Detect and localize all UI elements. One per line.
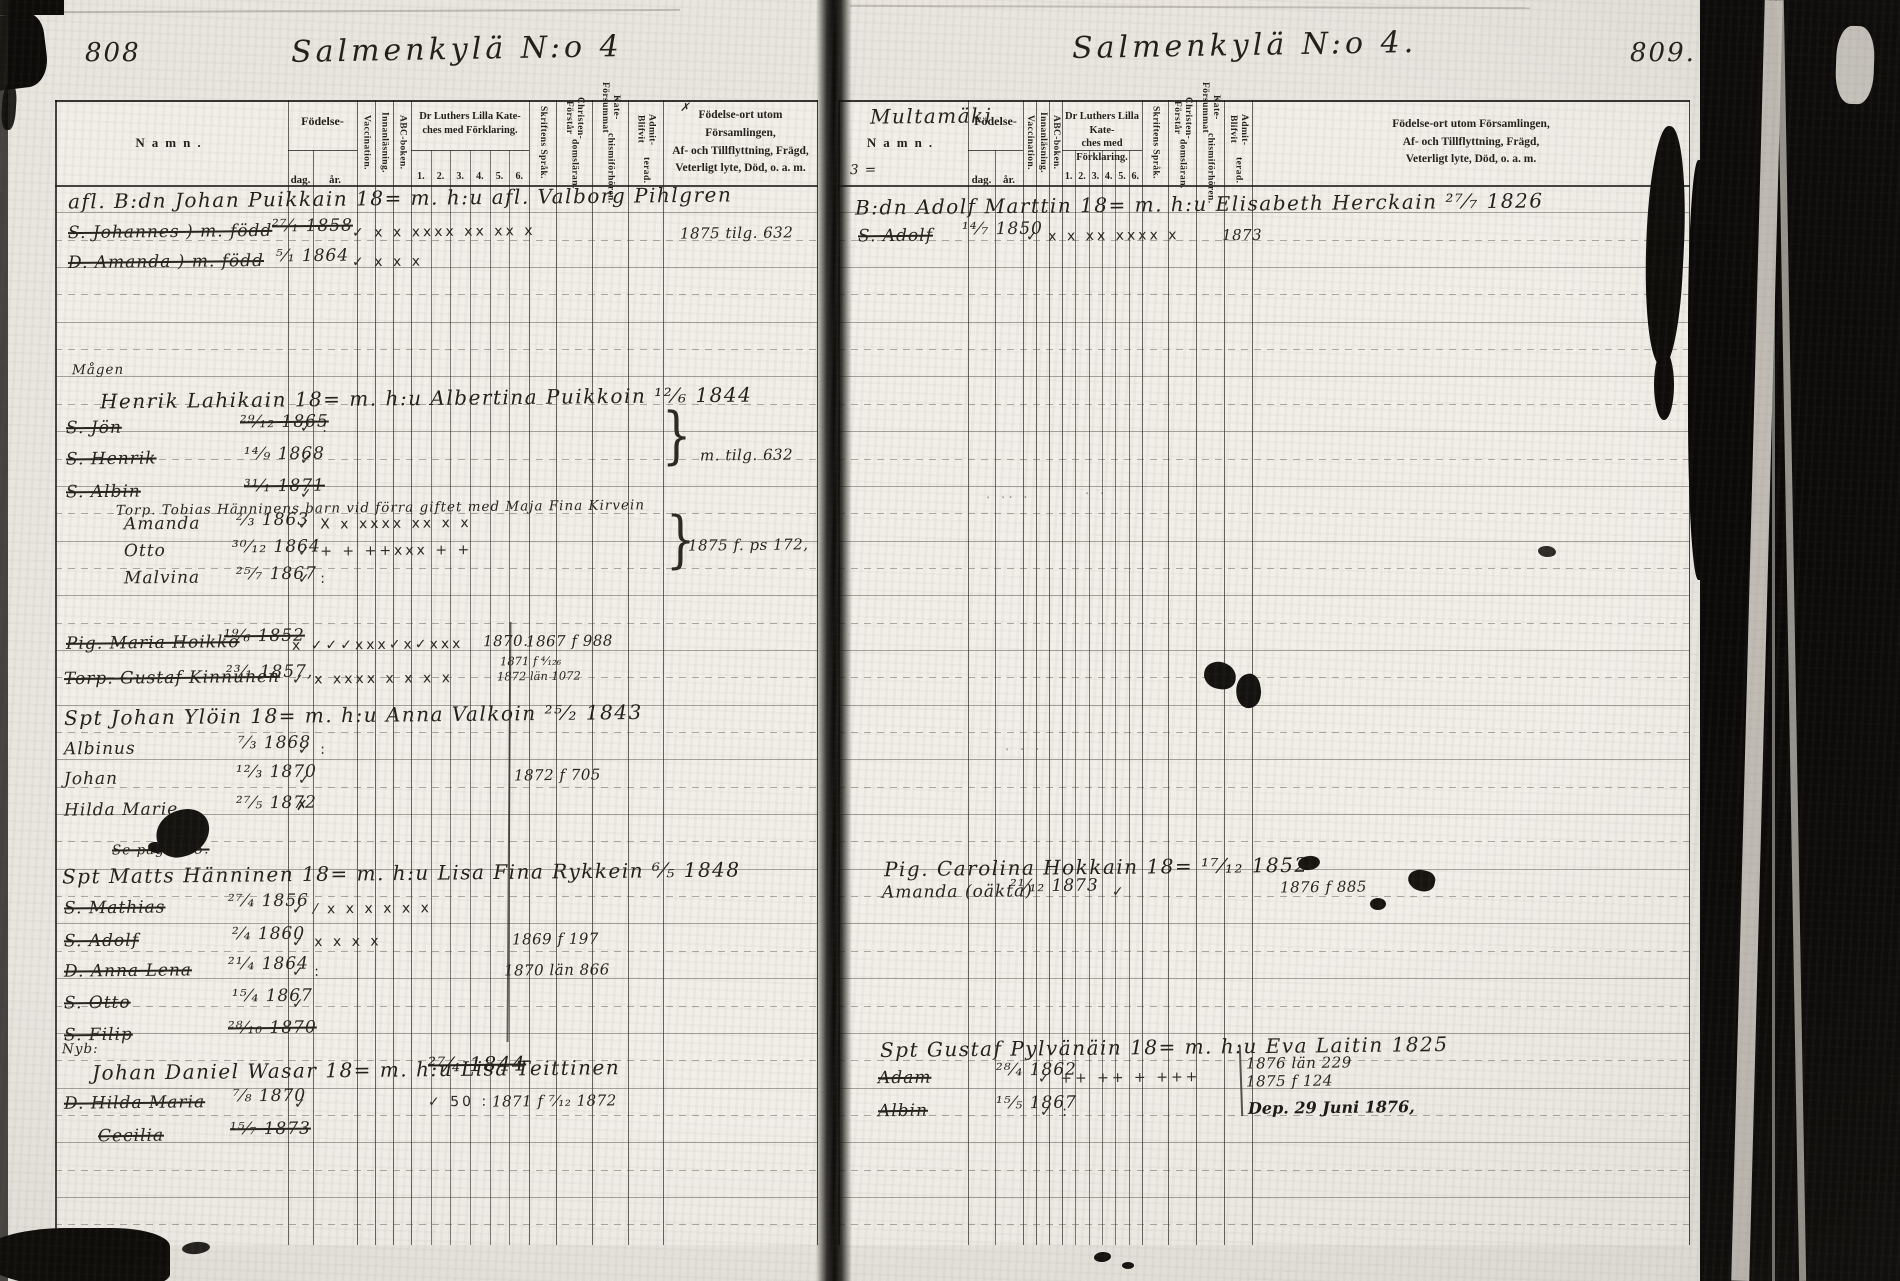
grid-line-horizontal	[838, 322, 1690, 323]
grid-line-horizontal	[838, 568, 1690, 569]
grid-line-vertical	[55, 100, 57, 1245]
handwritten-entry: }	[662, 399, 691, 472]
grid-line-vertical	[490, 150, 491, 1245]
handwritten-entry: D. Anna Lena	[64, 960, 192, 981]
handwritten-entry: Multamäki	[870, 103, 993, 128]
grid-line-horizontal	[838, 841, 1690, 842]
column-header-remarks: Födelse-ort utom Församlingen,Af- och Ti…	[1252, 102, 1690, 183]
pen-marks: ✓	[300, 486, 315, 502]
margin-note: 1875 tilg. 632	[680, 223, 794, 242]
grid-line-horizontal	[838, 376, 1690, 377]
pen-marks: · ·· ·	[986, 490, 1031, 506]
pen-marks: ✓ x xxxx x x x x	[292, 670, 453, 688]
pen-marks: ✓ :	[1040, 1104, 1070, 1120]
pen-marks: ✓ X x xxxx xx x x	[298, 515, 472, 533]
grid-line-horizontal	[55, 1224, 818, 1225]
grid-line-horizontal	[55, 732, 818, 733]
pen-marks: ✓ 50 :	[428, 1094, 489, 1111]
grid-line-horizontal	[838, 541, 1690, 542]
pen-marks: ✓ x x xx xxxx x	[1026, 227, 1180, 245]
grid-line-horizontal	[55, 1033, 818, 1034]
margin-note: 1873	[1222, 226, 1262, 244]
handwritten-entry: Amanda	[124, 514, 201, 535]
ink-blot	[1122, 1262, 1134, 1269]
grid-line-horizontal	[55, 322, 818, 323]
handwritten-entry: Otto	[124, 541, 166, 561]
grid-line-horizontal	[55, 1170, 818, 1171]
handwritten-entry: D. Amanda ) m. född	[68, 251, 264, 273]
book-gutter-shadow	[816, 0, 852, 1281]
corner-black-topleft	[0, 0, 64, 15]
column-header-remarks: Födelse-ort utom Församlingen,Af- och Ti…	[663, 102, 818, 183]
handwritten-entry: S. Adolf	[64, 931, 139, 952]
handwritten-entry: ²¹⁄₁₂ 1873	[1010, 876, 1099, 897]
column-header-katekes: Dr Luthers Lilla Kate- ches med Förklari…	[1062, 102, 1142, 191]
column-header-skriftens-sprak: Skriftens Språk.	[1142, 102, 1168, 183]
scanned-parish-register: 808 Salmenkylä N:o 4 Namn. Födelse- dag.…	[0, 0, 1900, 1281]
ink-blot	[1370, 898, 1386, 910]
handwritten-entry: Malvina	[124, 568, 200, 589]
scan-streak	[1835, 25, 1876, 104]
page-title-handwritten: Salmenkylä N:o 4.	[1072, 25, 1418, 66]
grid-line-horizontal	[55, 951, 818, 952]
grid-line-vertical	[995, 150, 996, 1245]
column-header-forsummat: Försummat Kate-chismiförhören.	[592, 102, 628, 183]
page-number: 808	[85, 38, 141, 68]
grid-line-horizontal	[55, 595, 818, 596]
grid-line-horizontal	[838, 787, 1690, 788]
pen-marks: ✓	[292, 996, 307, 1012]
margin-note: Dep. 29 Juni 1876,	[1248, 1097, 1415, 1118]
grid-line-horizontal	[838, 1170, 1690, 1171]
ink-blot	[1094, 1251, 1112, 1263]
grid-line-horizontal	[838, 404, 1690, 405]
pen-marks: ✓ :	[298, 571, 328, 587]
grid-line-horizontal	[838, 705, 1690, 706]
handwritten-entry: Pig. Maria Hoikko	[66, 632, 240, 654]
grid-line-horizontal	[55, 431, 818, 432]
column-label-dag: dag.	[288, 174, 313, 186]
column-label-ar: år.	[995, 174, 1023, 186]
grid-line-horizontal	[55, 349, 818, 350]
pen-marks: ✓	[294, 1096, 309, 1112]
handwritten-entry: S. Adolf	[858, 226, 933, 247]
pen-marks: ✓	[298, 772, 313, 788]
column-header-abc-boken: ABC-boken.	[393, 102, 411, 183]
grid-line-horizontal	[55, 896, 818, 897]
ink-smear	[1688, 160, 1714, 580]
handwritten-entry: Hilda Marie	[64, 799, 179, 820]
page-title-handwritten: Salmenkylä N:o 4	[291, 29, 623, 70]
grid-line-horizontal	[55, 294, 818, 295]
handwritten-entry: Cecilia	[98, 1126, 164, 1147]
grid-line-vertical	[663, 100, 664, 1245]
pen-marks: · ·	[1085, 486, 1108, 502]
grid-line-horizontal	[55, 923, 818, 924]
grid-line-horizontal	[838, 623, 1690, 624]
pen-marks: ✓ ⁄ x x x x x x	[292, 900, 432, 917]
column-header-innanlasning: Innanläsning.	[375, 102, 393, 183]
grid-line-horizontal	[55, 1006, 818, 1007]
handwritten-entry: ²⁸⁄₁₀ 1870	[228, 1018, 317, 1039]
column-label: Födelse-	[301, 114, 344, 129]
margin-note: 1872 f 705	[514, 766, 601, 785]
grid-line-horizontal	[838, 951, 1690, 952]
grid-line-horizontal	[838, 1197, 1690, 1198]
handwritten-entry: ²⁷⁄₁ 1858	[272, 216, 353, 237]
grid-line-horizontal	[838, 513, 1690, 514]
pen-marks: ✓ :	[292, 964, 322, 980]
column-header-forstar: Förstår Christen-domsläran.	[1168, 102, 1196, 183]
handwritten-entry: ²⁷⁄₄ 1844	[428, 1051, 526, 1076]
column-header-vaccination: Vaccination.	[1023, 102, 1036, 183]
grid-line-horizontal	[838, 349, 1690, 350]
grid-line-horizontal	[55, 1197, 818, 1198]
grid-line-vertical	[628, 100, 629, 1245]
grid-line-horizontal	[838, 650, 1690, 651]
column-header-forsummat: Försummat Kate-chismiförhören.	[1196, 102, 1224, 183]
column-header-fodelse: Födelse- dag. år.	[288, 102, 357, 195]
grid-line-horizontal	[838, 486, 1690, 487]
grid-line-horizontal	[55, 1142, 818, 1143]
column-label: ches med Förklaring.	[422, 124, 517, 138]
handwritten-entry: S. Albin	[66, 482, 141, 503]
pen-marks: ✓ + + ++xxx + +	[298, 542, 472, 560]
margin-note: 1875 f. ps 172,	[688, 535, 809, 554]
margin-note: 1869 f 197	[512, 930, 599, 949]
grid-line-horizontal	[55, 759, 818, 760]
handwritten-entry: Mågen	[72, 362, 124, 379]
margin-note: ✗	[680, 100, 690, 114]
column-label: Dr Luthers Lilla Kate-	[1062, 110, 1142, 137]
column-header-blifvit-admitterad: Blifvit Admit-terad.	[628, 102, 663, 183]
ink-smear	[1654, 350, 1674, 420]
grid-line-horizontal	[838, 978, 1690, 979]
margin-note: m. tilg. 632	[700, 446, 793, 465]
pen-marks: ✗	[296, 798, 311, 814]
column-header-vaccination: Vaccination.	[357, 102, 375, 183]
grid-line-vertical	[968, 100, 969, 1245]
scan-streak	[1772, 0, 1775, 1281]
grid-line-horizontal	[838, 759, 1690, 760]
column-label: Dr Luthers Lilla Kate-	[419, 110, 521, 124]
grid-line-horizontal	[838, 1006, 1690, 1007]
grid-line-horizontal	[55, 486, 818, 487]
handwritten-entry: Adam	[878, 1068, 932, 1089]
margin-note: 1875 f 124	[1246, 1072, 1333, 1091]
page-number: 809.	[1630, 38, 1696, 68]
grid-line-horizontal	[838, 185, 1690, 187]
column-header-blifvit-admitterad: Blifvit Admit-terad.	[1224, 102, 1252, 183]
margin-note: 1876 län 229	[1246, 1053, 1352, 1072]
katekes-grade-numbers: 1.2.3. 4.5.6.	[1062, 161, 1142, 191]
grid-line-horizontal	[838, 431, 1690, 432]
grid-line-horizontal	[55, 623, 818, 624]
handwritten-entry: D. Hilda Maria	[64, 1092, 205, 1113]
handwritten-entry: ¹⁵⁄₇ 1873	[230, 1119, 311, 1140]
grid-line-horizontal	[55, 787, 818, 788]
left-edge-shadow	[0, 0, 8, 1281]
pen-marks: ✓ ++ ++ + +++	[1038, 1069, 1201, 1087]
pen-marks: ✓	[1112, 884, 1127, 900]
handwritten-entry: 3 =	[850, 162, 877, 178]
handwritten-entry: Albinus	[64, 739, 136, 760]
grid-line-horizontal	[55, 212, 818, 213]
margin-note: 1870.	[483, 632, 529, 650]
grid-line-horizontal	[838, 240, 1690, 241]
grid-line-horizontal	[838, 923, 1690, 924]
pen-marks: ✓ x x xxxx xx xx x	[352, 223, 536, 241]
grid-line-horizontal	[838, 267, 1690, 268]
handwritten-entry: Nyb:	[62, 1041, 99, 1057]
pen-marks: ✓ x x x x	[292, 934, 382, 951]
pen-marks: x ✓✓✓xxx✓x✓xxx	[292, 636, 464, 654]
margin-note: 1871 f ⁷⁄₁₂ 1872	[492, 1091, 617, 1110]
scan-scratch	[60, 9, 680, 13]
grid-line-horizontal	[838, 814, 1690, 815]
grid-line-horizontal	[838, 677, 1690, 678]
column-label-ar: år.	[313, 174, 357, 186]
pen-marks: ✓ :	[298, 742, 328, 758]
margin-note: 1876 f 885	[1280, 878, 1367, 897]
column-header-namn: Namn.	[55, 102, 288, 183]
handwritten-entry: S. Mathias	[64, 897, 166, 918]
handwritten-entry: S. Otto	[64, 993, 131, 1014]
column-label-dag: dag.	[968, 174, 995, 186]
column-label: Namn.	[867, 135, 939, 151]
pen-marks: · · ·	[1005, 742, 1042, 758]
grid-line-horizontal	[838, 595, 1690, 596]
grid-line-horizontal	[838, 459, 1690, 460]
margin-note: 1870 län 866	[504, 960, 610, 979]
fodelse-subheader: dag. år.	[968, 165, 1023, 195]
handwritten-entry: S. Jön	[66, 418, 122, 439]
margin-note: 1867 f 988	[526, 632, 613, 651]
scan-scratch	[850, 5, 1530, 9]
grid-line-horizontal	[55, 376, 818, 377]
column-header-skriftens-sprak: Skriftens Språk.	[529, 102, 556, 183]
handwritten-entry: ⁵⁄₁ 1864	[276, 246, 349, 267]
pen-marks: ✓	[300, 452, 315, 468]
handwritten-entry: Johan	[64, 769, 118, 790]
grid-line-horizontal	[55, 1115, 818, 1116]
pen-marks: ✓ :	[300, 420, 330, 436]
column-label: Namn.	[135, 135, 207, 151]
grid-line-horizontal	[838, 1224, 1690, 1225]
handwritten-entry: Albin	[878, 1101, 928, 1122]
grid-line-horizontal	[838, 294, 1690, 295]
column-header-innanlasning: Innanläsning.	[1036, 102, 1049, 183]
pen-marks: ✓ x x x	[352, 254, 423, 271]
grid-line-horizontal	[55, 1088, 818, 1089]
column-header-abc-boken: ABC-boken.	[1049, 102, 1062, 183]
handwritten-entry: S. Johannes ) m. född	[68, 221, 273, 243]
column-header-forstar: Förstår Christen-domsläran.	[556, 102, 592, 183]
column-header-katekes: Dr Luthers Lilla Kate- ches med Förklari…	[411, 102, 529, 191]
grid-line-horizontal	[838, 1142, 1690, 1143]
grid-line-horizontal	[838, 732, 1690, 733]
corner-black-bottomleft	[0, 1228, 170, 1281]
handwritten-entry: S. Henrik	[66, 449, 157, 470]
